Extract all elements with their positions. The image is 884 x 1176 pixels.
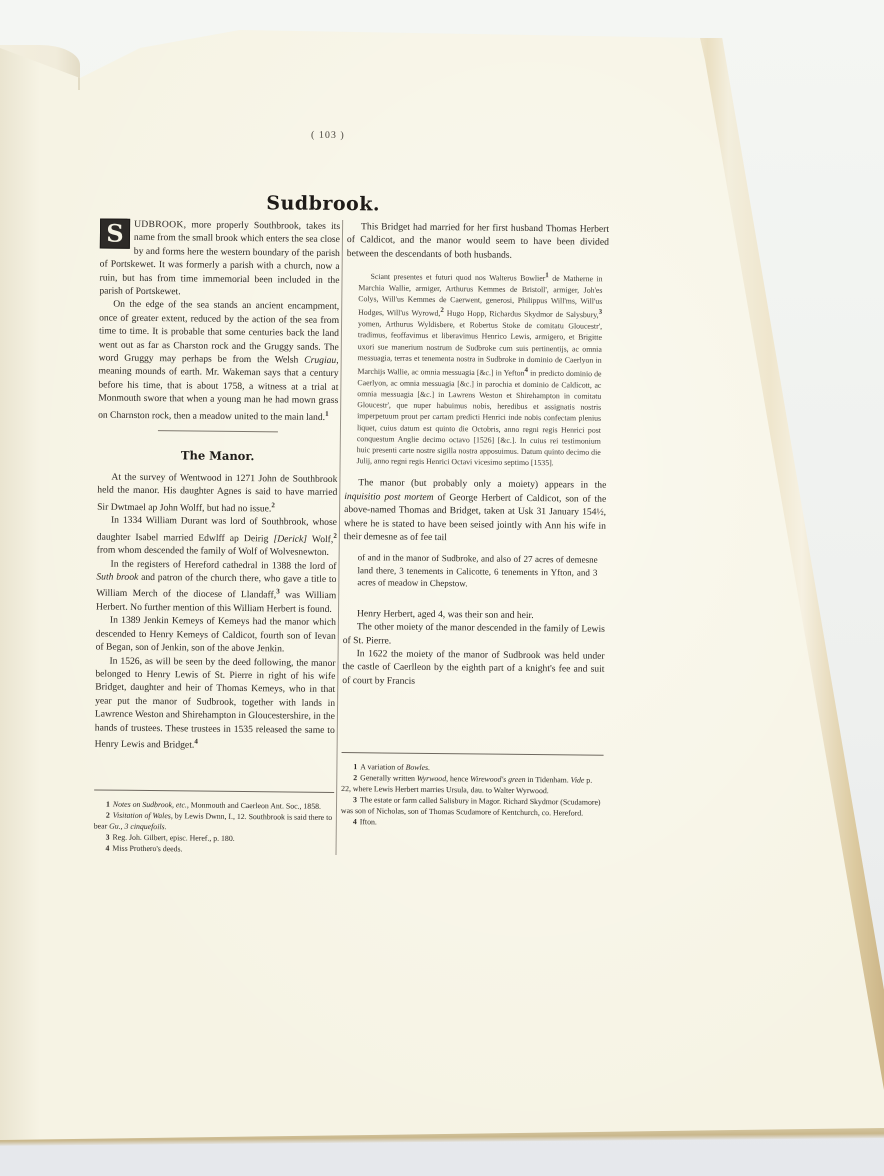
intro-text: more properly Southbrook, takes its name… [99,219,340,297]
manor-paragraph-1: At the survey of Wentwood in 1271 John d… [97,470,337,516]
fee-tail-quote: of and in the manor of Sudbroke, and als… [357,552,597,592]
intro-lead: UDBROOK, [134,219,186,231]
manor-paragraph-3: In the registers of Hereford cathedral i… [96,557,337,616]
left-column: SUDBROOK, more properly Southbrook, take… [95,217,341,753]
footnote-ref: 4 [194,737,198,745]
manor-paragraph-2: In 1334 William Durant was lord of South… [97,514,337,560]
moiety-1622-paragraph: In 1622 the moiety of the manor of Sudbr… [342,647,604,690]
illuminated-dropcap-icon: S [100,218,130,248]
footnote-ref: 2 [271,501,275,509]
footnote-2: 2Generally written Wyrwood, hence Wirewo… [341,772,603,797]
footnote-ref: 1 [325,410,329,418]
intro-paragraph: SUDBROOK, more properly Southbrook, take… [99,217,340,300]
manor-paragraph-5: In 1526, as will be seen by the deed fol… [95,654,336,754]
page-text-area: ( 103 ) Sudbrook. SUDBROOK, more properl… [35,122,643,868]
left-footnotes: 1Notes on Sudbrook, etc., Monmouth and C… [93,777,334,856]
footnote-ref: 2 [333,531,337,539]
footnote-4: 4Miss Prothero's deeds. [93,842,333,856]
manor-paragraph-4: In 1389 Jenkin Kemeys of Kemeys had the … [96,614,336,657]
page-number: ( 103 ) [311,130,345,141]
footnote-2: 2Visitation of Wales, by Lewis Dwnn, I.,… [94,809,334,834]
footnote-3: 3The estate or farm called Salisbury in … [341,794,603,819]
section-title-manor: The Manor. [98,449,338,465]
inquisition-paragraph: The manor (but probably only a moiety) a… [344,477,607,547]
encampment-paragraph: On the edge of the sea stands an ancient… [98,298,339,424]
bridget-paragraph: This Bridget had married for her first h… [347,220,609,263]
footnote-rule [342,752,604,756]
right-column: This Bridget had married for her first h… [342,220,609,690]
latin-deed: Sciant presentes et futuri quod nos Walt… [357,268,603,469]
section-rule [158,430,278,432]
page-title: Sudbrook. [266,192,380,215]
footnote-rule [94,789,334,793]
other-moiety-paragraph: The other moiety of the manor descended … [343,620,605,650]
right-footnotes: 1A variation of Bowles. 2Generally writt… [341,740,604,830]
